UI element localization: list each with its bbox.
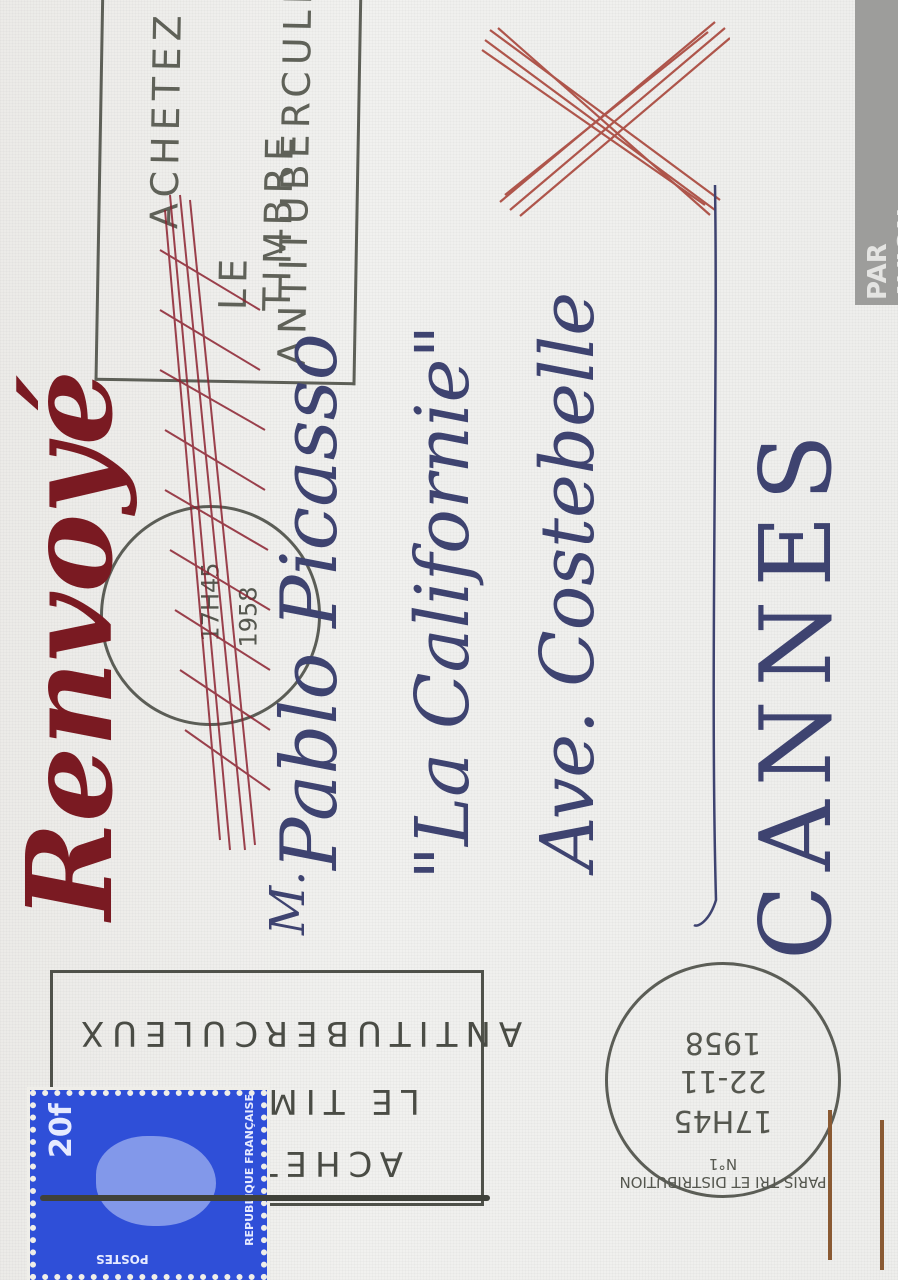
stamp-country: REPUBLIQUE FRANÇAISE xyxy=(243,1094,256,1246)
rust-mark xyxy=(880,1120,884,1270)
stamp-label: POSTES xyxy=(96,1252,149,1266)
postmark-bottom-year: 1958 xyxy=(608,1025,838,1060)
postage-stamp: 20f REPUBLIQUE FRANÇAISE POSTES xyxy=(30,1090,267,1280)
envelope: PAR AVION ACHETEZ LE TIMBRE ANTITUBERCUL… xyxy=(0,0,898,1280)
red-scribble xyxy=(150,190,280,860)
marianne-portrait xyxy=(96,1136,216,1226)
address-city: CANNES xyxy=(740,420,854,960)
stamp-value: 20f xyxy=(44,1103,79,1158)
postmark-bottom-date: 22-11 xyxy=(608,1063,838,1098)
address-bracket-line xyxy=(680,180,740,940)
postmark-bottom: 1958 22-11 17H45 PARIS TRI ET DISTRIBUTI… xyxy=(605,962,841,1198)
addressee-prefix: M. xyxy=(260,871,316,935)
slogan-bottom-line-1: ANTITUBERCULEUX xyxy=(73,1013,522,1053)
airmail-label: PAR AVION xyxy=(855,0,898,305)
airmail-label-text: PAR AVION xyxy=(863,208,898,300)
address-street: Ave. Costebelle xyxy=(525,292,611,870)
cancellation-bar xyxy=(40,1195,490,1201)
red-annotation: Renvoyé xyxy=(0,370,139,920)
postmark-bottom-time: 17H45 xyxy=(608,1103,838,1138)
rust-mark xyxy=(828,1110,832,1260)
address-villa: "La Californie" xyxy=(400,325,486,880)
postmark-bottom-ring-text: PARIS TRI ET DISTRIBUTION N°1 xyxy=(608,1155,838,1191)
